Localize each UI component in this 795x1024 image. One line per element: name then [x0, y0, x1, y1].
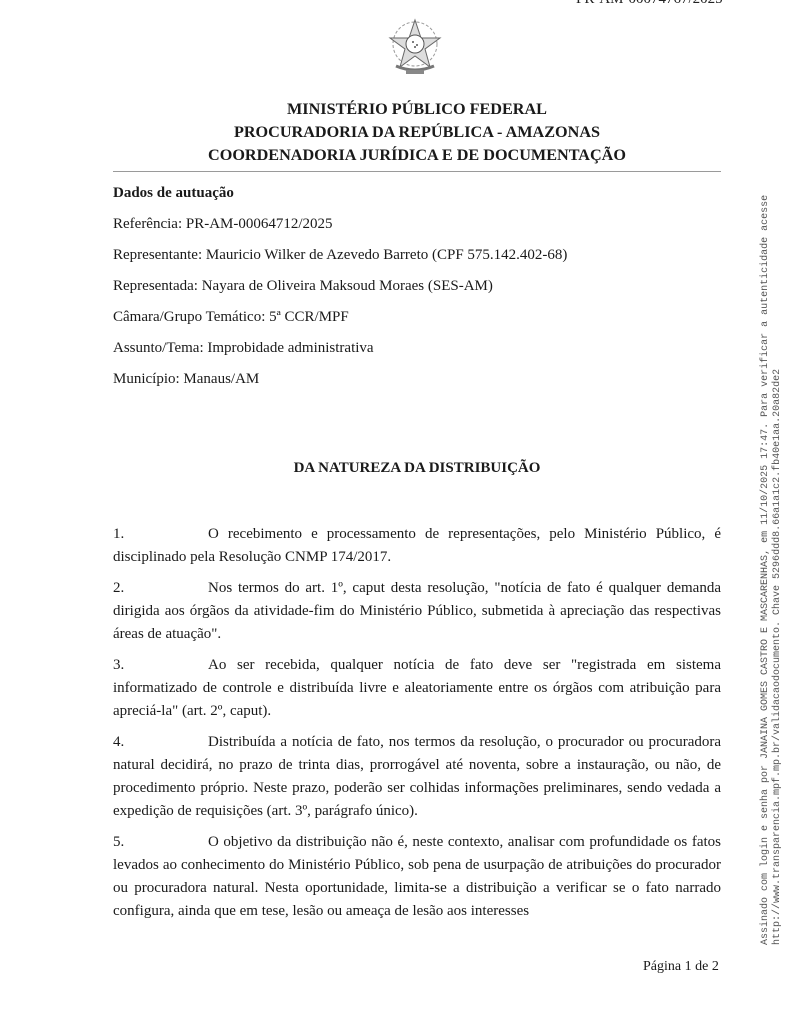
- paragraph: 2.Nos termos do art. 1º, caput desta res…: [113, 577, 721, 646]
- signature-line-1: Assinado com login e senha por JANAINA G…: [760, 195, 772, 945]
- document-body: 1.O recebimento e processamento de repre…: [113, 523, 721, 931]
- header-divider: [113, 171, 721, 172]
- paragraph-number: 5.: [113, 831, 208, 854]
- paragraph: 1.O recebimento e processamento de repre…: [113, 523, 721, 569]
- paragraph-number: 3.: [113, 654, 208, 677]
- paragraph: 3.Ao ser recebida, qualquer notícia de f…: [113, 654, 721, 723]
- header-line-coordenadoria: COORDENADORIA JURÍDICA E DE DOCUMENTAÇÃO: [113, 144, 721, 167]
- paragraph: 5.O objetivo da distribuição não é, nest…: [113, 831, 721, 923]
- page-number: Página 1 de 2: [643, 959, 719, 975]
- document-reference-number: PR-AM-00074767/2025: [576, 0, 723, 8]
- signature-line-2: http://www.transparencia.mpf.mp.br/valid…: [772, 195, 784, 945]
- header-line-ministry: MINISTÉRIO PÚBLICO FEDERAL: [113, 98, 721, 121]
- paragraph: 4.Distribuída a notícia de fato, nos ter…: [113, 731, 721, 823]
- dados-title: Dados de autuação: [113, 182, 721, 213]
- dados-referencia: Referência: PR-AM-00064712/2025: [113, 213, 721, 244]
- digital-signature-stamp: Assinado com login e senha por JANAINA G…: [760, 195, 784, 945]
- dados-camara: Câmara/Grupo Temático: 5ª CCR/MPF: [113, 306, 721, 337]
- dados-municipio: Município: Manaus/AM: [113, 368, 721, 399]
- dados-representante: Representante: Mauricio Wilker de Azeved…: [113, 244, 721, 275]
- institution-header: MINISTÉRIO PÚBLICO FEDERAL PROCURADORIA …: [113, 98, 721, 167]
- dados-de-autuacao: Dados de autuação Referência: PR-AM-0006…: [113, 182, 721, 399]
- section-title: DA NATUREZA DA DISTRIBUIÇÃO: [113, 460, 721, 477]
- paragraph-number: 2.: [113, 577, 208, 600]
- paragraph-number: 1.: [113, 523, 208, 546]
- dados-representada: Representada: Nayara de Oliveira Maksoud…: [113, 275, 721, 306]
- header-line-procuradoria: PROCURADORIA DA REPÚBLICA - AMAZONAS: [113, 121, 721, 144]
- dados-assunto: Assunto/Tema: Improbidade administrativa: [113, 337, 721, 368]
- brazil-coat-of-arms-icon: [382, 14, 448, 80]
- paragraph-number: 4.: [113, 731, 208, 754]
